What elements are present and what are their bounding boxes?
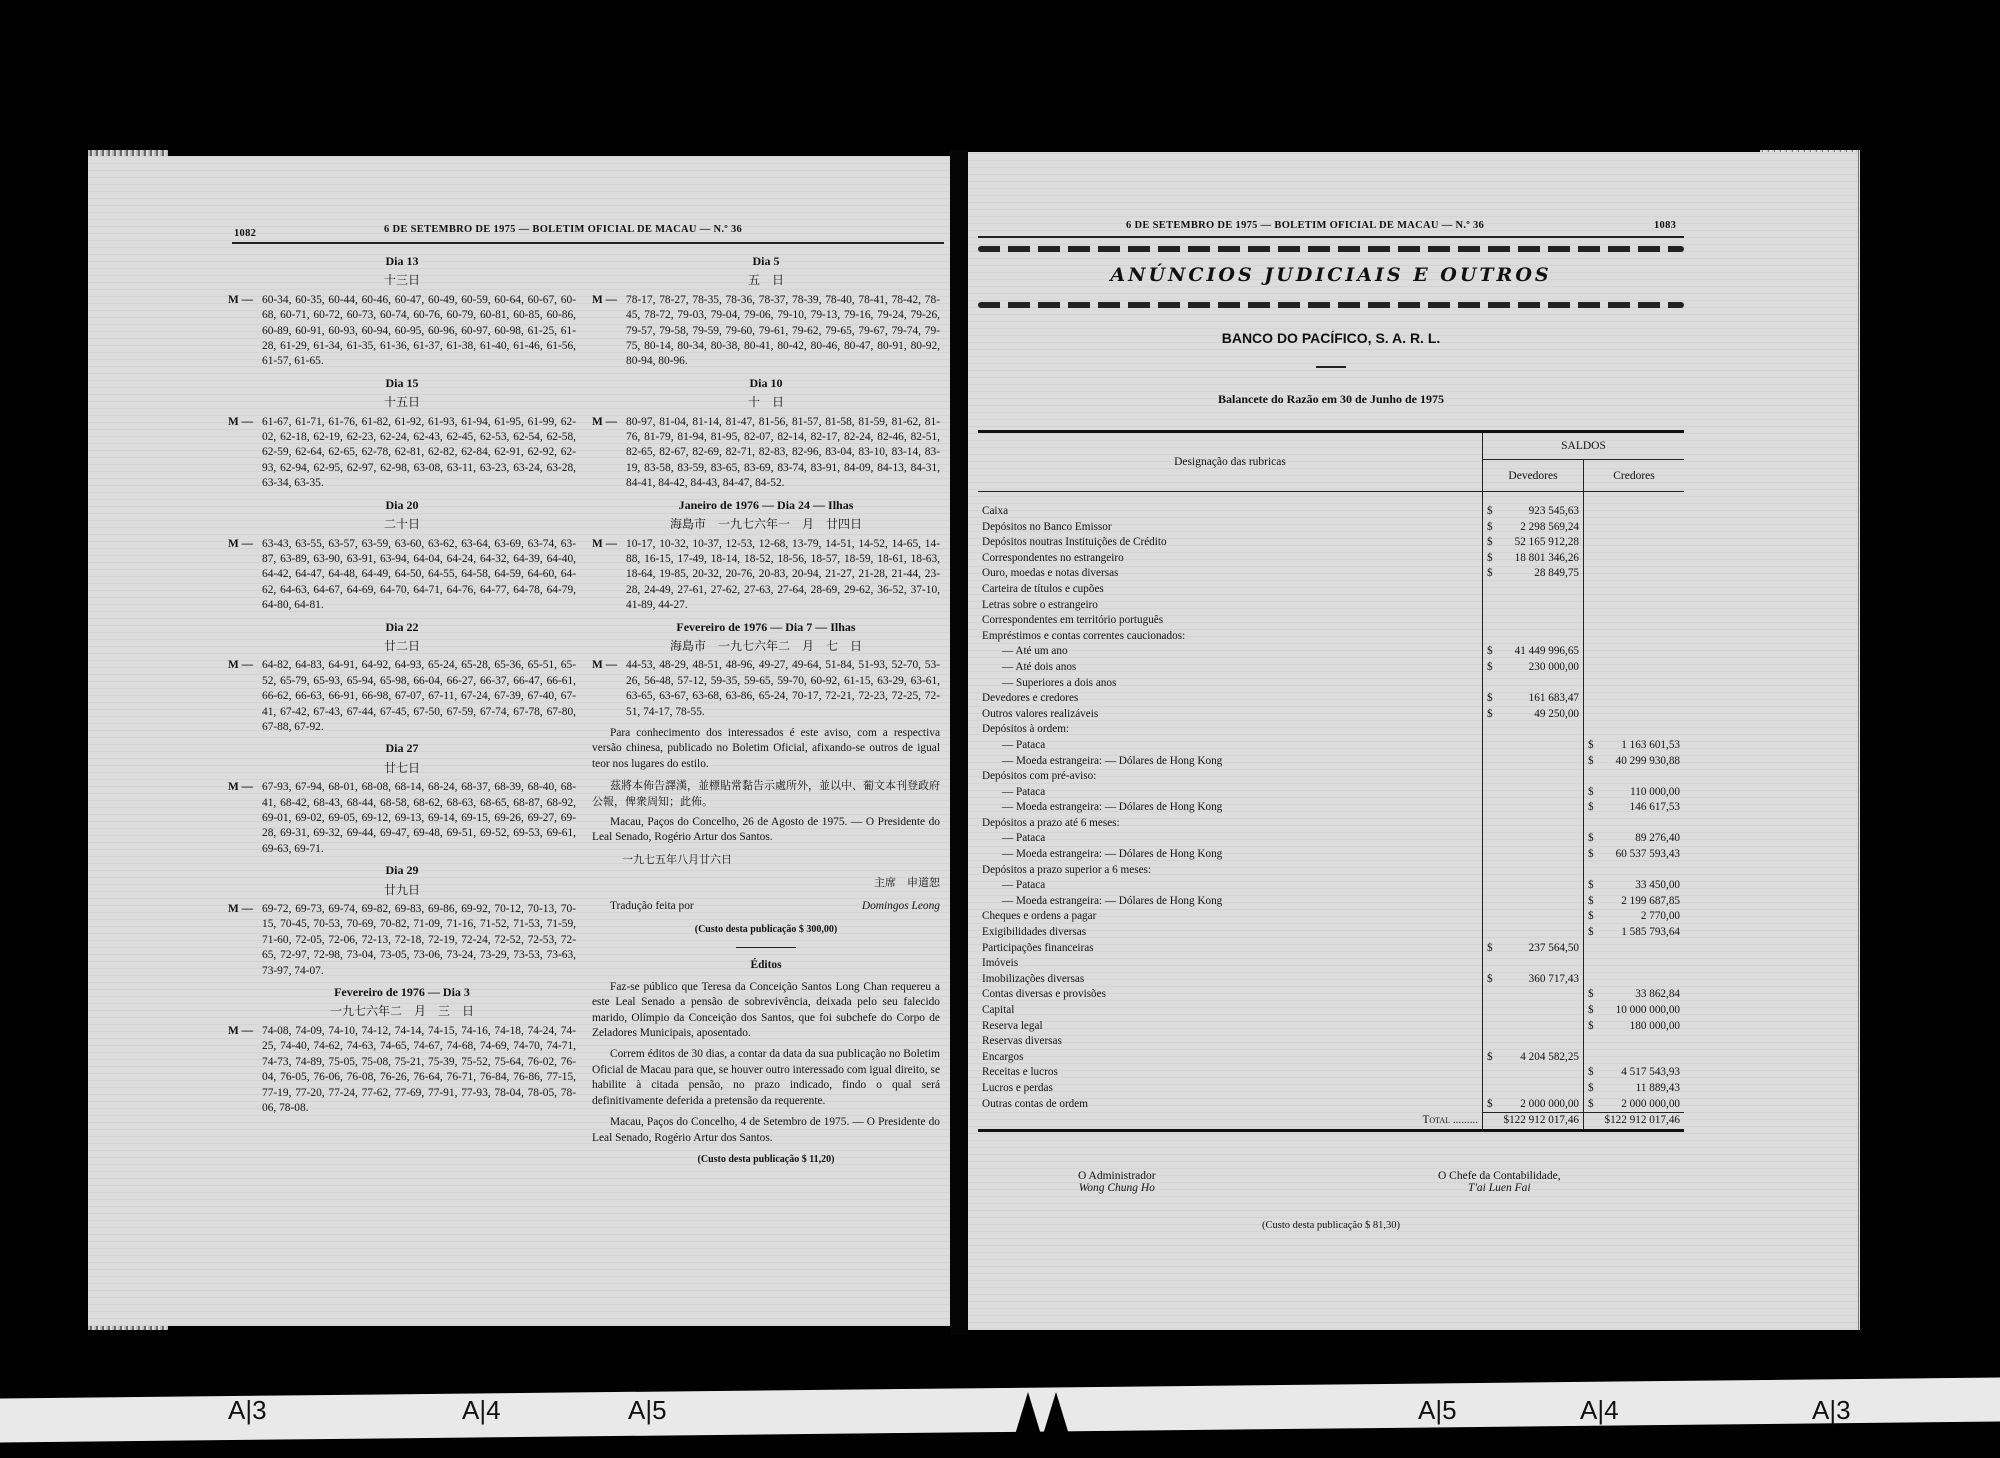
numbers: 78-17, 78-27, 78-35, 78-36, 78-37, 78-39… <box>626 293 940 370</box>
day-heading-chinese: 五 日 <box>592 273 940 288</box>
cost-2: (Custo desta publicação $ 11,20) <box>592 1152 940 1167</box>
row-label: — Até dois anos <box>978 660 1483 676</box>
row-label: — Pataca <box>978 831 1483 847</box>
header-rule <box>232 242 944 244</box>
row-label: Reserva legal <box>978 1019 1483 1035</box>
devedores-cell <box>1483 956 1584 972</box>
day-heading: Janeiro de 1976 — Dia 24 — Ilhas <box>592 498 940 513</box>
credores-cell <box>1584 644 1685 660</box>
table-row: Participações financeiras$237 564,50 <box>978 941 1684 957</box>
row-label: Ouro, moedas e notas diversas <box>978 566 1483 582</box>
currency-symbol: $ <box>1588 878 1594 894</box>
devedores-cell: $41 449 996,65 <box>1483 644 1584 660</box>
table-row: Ouro, moedas e notas diversas$28 849,75 <box>978 566 1684 582</box>
table-row: Depósitos a prazo até 6 meses: <box>978 816 1684 832</box>
row-label: Depósitos no Banco Emissor <box>978 520 1483 536</box>
row-label: — Superiores a dois anos <box>978 676 1483 692</box>
currency-symbol: $ <box>1588 894 1594 910</box>
amount: 40 299 930,88 <box>1616 754 1680 770</box>
credores-cell: $89 276,40 <box>1584 831 1685 847</box>
numbers: 74-08, 74-09, 74-10, 74-12, 74-14, 74-15… <box>262 1024 576 1116</box>
translation-label: Tradução feita por <box>592 899 694 914</box>
currency-symbol: $ <box>1588 785 1594 801</box>
credores-cell <box>1584 863 1685 879</box>
day-heading-chinese: 十 日 <box>592 395 940 410</box>
currency-symbol: $ <box>1588 925 1594 941</box>
currency-symbol: $ <box>1588 1003 1594 1019</box>
amount: 41 449 996,65 <box>1515 644 1579 660</box>
credores-cell: $60 537 593,43 <box>1584 847 1685 863</box>
col-devedores: Devedores <box>1483 460 1584 492</box>
devedores-cell <box>1483 847 1584 863</box>
numbers: 10-17, 10-32, 10-37, 12-53, 12-68, 13-79… <box>626 537 940 614</box>
page-number: 1083 <box>1654 220 1676 231</box>
number-list: M —10-17, 10-32, 10-37, 12-53, 12-68, 13… <box>592 537 940 614</box>
amount: 33 450,00 <box>1635 878 1680 894</box>
film-frame-mark: A|3 <box>228 1395 267 1426</box>
numbers: 69-72, 69-73, 69-74, 69-82, 69-83, 69-86… <box>262 902 576 979</box>
table-row: — Até dois anos$230 000,00 <box>978 660 1684 676</box>
row-label: Capital <box>978 1003 1483 1019</box>
row-label: Encargos <box>978 1050 1483 1066</box>
amount: 60 537 593,43 <box>1616 847 1680 863</box>
table-row: — Moeda estrangeira: — Dólares de Hong K… <box>978 847 1684 863</box>
lottery-day-block: Dia 27廿七日M —67-93, 67-94, 68-01, 68-08, … <box>228 741 576 857</box>
currency-symbol: $ <box>1487 566 1493 582</box>
divider <box>736 947 796 948</box>
devedores-cell <box>1483 878 1584 894</box>
credores-cell <box>1584 691 1685 707</box>
amount: 52 165 912,28 <box>1515 535 1579 551</box>
currency-symbol: $ <box>1487 535 1493 551</box>
amount: 230 000,00 <box>1529 660 1579 676</box>
lottery-day-block: Fevereiro de 1976 — Dia 7 — Ilhas海島市 一九七… <box>592 620 940 720</box>
right-page: 6 DE SETEMBRO DE 1975 — BOLETIM OFICIAL … <box>968 152 1858 1330</box>
table-row: Carteira de títulos e cupões <box>978 582 1684 598</box>
credores-cell: $1 163 601,53 <box>1584 738 1685 754</box>
amount: 2 770,00 <box>1641 909 1680 925</box>
table-row: Lucros e perdas$11 889,43 <box>978 1081 1684 1097</box>
right-column: Dia 5五 日M —78-17, 78-27, 78-35, 78-36, 7… <box>592 248 940 1167</box>
row-label: Participações financeiras <box>978 941 1483 957</box>
lottery-day-block: Dia 10十 日M —80-97, 81-04, 81-14, 81-47, … <box>592 376 940 492</box>
credores-cell <box>1584 504 1685 520</box>
total-devedores: $122 912 017,46 <box>1483 1113 1584 1131</box>
amount: 1 585 793,64 <box>1621 925 1680 941</box>
list-prefix: M — <box>228 415 262 492</box>
date-chinese: 一九七五年八月廿六日 <box>592 852 940 867</box>
devedores-cell: $4 204 582,25 <box>1483 1050 1584 1066</box>
credores-cell: $2 199 687,85 <box>1584 894 1685 910</box>
credores-cell: $2 770,00 <box>1584 909 1685 925</box>
currency-symbol: $ <box>1487 707 1493 723</box>
notice-portuguese: Para conhecimento dos interessados é est… <box>592 726 940 772</box>
devedores-cell: $2 000 000,00 <box>1483 1097 1584 1113</box>
row-label: Contas diversas e provisões <box>978 987 1483 1003</box>
day-heading-chinese: 十五日 <box>228 395 576 410</box>
lottery-day-block: Fevereiro de 1976 — Dia 3一九七六年二 月 三 日M —… <box>228 985 576 1116</box>
table-row: — Pataca$33 450,00 <box>978 878 1684 894</box>
day-heading: Dia 13 <box>228 254 576 269</box>
signer-name: Wong Chung Ho <box>1079 1182 1155 1194</box>
currency-symbol: $ <box>1487 644 1493 660</box>
numbers: 63-43, 63-55, 63-57, 63-59, 63-60, 63-62… <box>262 537 576 614</box>
list-prefix: M — <box>228 1024 262 1116</box>
credores-cell: $110 000,00 <box>1584 785 1685 801</box>
devedores-cell: $923 545,63 <box>1483 504 1584 520</box>
day-heading: Fevereiro de 1976 — Dia 3 <box>228 985 576 1000</box>
credores-cell <box>1584 956 1685 972</box>
book-gutter <box>950 150 968 1335</box>
table-row: Imóveis <box>978 956 1684 972</box>
day-heading: Dia 27 <box>228 741 576 756</box>
editos-paragraph-1: Faz-se público que Teresa da Conceição S… <box>592 980 940 1042</box>
section-title: ANÚNCIOS JUDICIAIS E OUTROS <box>968 264 1694 286</box>
currency-symbol: $ <box>1588 1081 1594 1097</box>
currency-symbol: $ <box>1487 941 1493 957</box>
balance-table: Designação das rubricas SALDOS Devedores… <box>978 430 1684 1132</box>
numbers: 44-53, 48-29, 48-51, 48-96, 49-27, 49-64… <box>626 658 940 720</box>
credores-cell <box>1584 972 1685 988</box>
total-label: Total ......... <box>978 1113 1483 1131</box>
day-heading-chinese: 一九七六年二 月 三 日 <box>228 1004 576 1019</box>
table-row: Contas diversas e provisões$33 862,84 <box>978 987 1684 1003</box>
devedores-cell <box>1483 1065 1584 1081</box>
row-label: Depósitos à ordem: <box>978 722 1483 738</box>
currency-symbol: $ <box>1588 909 1594 925</box>
devedores-cell <box>1483 598 1584 614</box>
devedores-cell: $230 000,00 <box>1483 660 1584 676</box>
currency-symbol: $ <box>1588 987 1594 1003</box>
devedores-cell: $49 250,00 <box>1483 707 1584 723</box>
currency-symbol: $ <box>1588 831 1594 847</box>
balance-subtitle: Balancete do Razão em 30 de Junho de 197… <box>968 392 1694 407</box>
amount: 2 000 000,00 <box>1621 1097 1680 1113</box>
devedores-cell: $2 298 569,24 <box>1483 520 1584 536</box>
film-strip <box>0 1378 2000 1443</box>
row-label: Correspondentes em território português <box>978 613 1483 629</box>
currency-symbol: $ <box>1487 1050 1493 1066</box>
currency-symbol: $ <box>1588 754 1594 770</box>
table-row: Letras sobre o estrangeiro <box>978 598 1684 614</box>
amount: 33 862,84 <box>1635 987 1680 1003</box>
table-row: — Moeda estrangeira: — Dólares de Hong K… <box>978 894 1684 910</box>
credores-cell <box>1584 629 1685 645</box>
film-frame-mark: A|3 <box>1812 1395 1851 1426</box>
devedores-cell <box>1483 754 1584 770</box>
ornamental-rule-top <box>978 246 1684 252</box>
devedores-cell <box>1483 676 1584 692</box>
credores-cell <box>1584 613 1685 629</box>
credores-cell: $180 000,00 <box>1584 1019 1685 1035</box>
header-rule <box>978 236 1684 238</box>
left-page: 1082 6 DE SETEMBRO DE 1975 — BOLETIM OFI… <box>88 156 958 1326</box>
row-label: Devedores e credores <box>978 691 1483 707</box>
amount: 10 000 000,00 <box>1616 1003 1680 1019</box>
day-heading-chinese: 廿二日 <box>228 639 576 654</box>
devedores-cell: $237 564,50 <box>1483 941 1584 957</box>
credores-cell <box>1584 551 1685 567</box>
amount: 146 617,53 <box>1630 800 1680 816</box>
numbers: 80-97, 81-04, 81-14, 81-47, 81-56, 81-57… <box>626 415 940 492</box>
devedores-cell: $52 165 912,28 <box>1483 535 1584 551</box>
day-heading: Dia 22 <box>228 620 576 635</box>
table-row: Depósitos no Banco Emissor$2 298 569,24 <box>978 520 1684 536</box>
amount: 49 250,00 <box>1534 707 1579 723</box>
credores-cell: $33 450,00 <box>1584 878 1685 894</box>
devedores-cell <box>1483 863 1584 879</box>
table-row: Depósitos noutras Instituições de Crédit… <box>978 535 1684 551</box>
amount: 110 000,00 <box>1630 785 1680 801</box>
number-list: M —60-34, 60-35, 60-44, 60-46, 60-47, 60… <box>228 293 576 370</box>
row-label: Correspondentes no estrangeiro <box>978 551 1483 567</box>
table-row: Correspondentes em território português <box>978 613 1684 629</box>
left-column: Dia 13十三日M —60-34, 60-35, 60-44, 60-46, … <box>228 248 576 1116</box>
table-row: Receitas e lucros$4 517 543,93 <box>978 1065 1684 1081</box>
table-row: Capital$10 000 000,00 <box>978 1003 1684 1019</box>
devedores-cell: $28 849,75 <box>1483 566 1584 582</box>
amount: 2 199 687,85 <box>1621 894 1680 910</box>
row-label: Lucros e perdas <box>978 1081 1483 1097</box>
list-prefix: M — <box>592 658 626 720</box>
signer-title: O Chefe da Contabilidade, <box>1438 1170 1561 1182</box>
col-credores: Credores <box>1584 460 1685 492</box>
day-heading: Dia 29 <box>228 863 576 878</box>
credores-cell <box>1584 707 1685 723</box>
row-label: Cheques e ordens a pagar <box>978 909 1483 925</box>
bank-name: BANCO DO PACÍFICO, S. A. R. L. <box>968 330 1694 346</box>
list-prefix: M — <box>592 537 626 614</box>
table-row: — Pataca$1 163 601,53 <box>978 738 1684 754</box>
list-prefix: M — <box>228 537 262 614</box>
credores-cell <box>1584 941 1685 957</box>
lottery-day-block: Dia 13十三日M —60-34, 60-35, 60-44, 60-46, … <box>228 254 576 370</box>
credores-cell <box>1584 566 1685 582</box>
table-row: — Moeda estrangeira: — Dólares de Hong K… <box>978 754 1684 770</box>
devedores-cell <box>1483 925 1584 941</box>
numbers: 67-93, 67-94, 68-01, 68-08, 68-14, 68-24… <box>262 780 576 857</box>
table-row: Reservas diversas <box>978 1034 1684 1050</box>
list-prefix: M — <box>592 415 626 492</box>
devedores-cell <box>1483 1034 1584 1050</box>
credores-cell: $4 517 543,93 <box>1584 1065 1685 1081</box>
number-list: M —64-82, 64-83, 64-91, 64-92, 64-93, 65… <box>228 658 576 735</box>
currency-symbol: $ <box>1588 738 1594 754</box>
number-list: M —67-93, 67-94, 68-01, 68-08, 68-14, 68… <box>228 780 576 857</box>
divider <box>1316 366 1346 368</box>
day-heading: Dia 5 <box>592 254 940 269</box>
amount: 28 849,75 <box>1534 566 1579 582</box>
row-label: Receitas e lucros <box>978 1065 1483 1081</box>
row-label: Letras sobre o estrangeiro <box>978 598 1483 614</box>
film-frame-mark: A|4 <box>1580 1395 1619 1426</box>
devedores-cell <box>1483 831 1584 847</box>
notice-chinese: 茲將本佈告譯漢，並標貼常黏告示處所外，並以中、葡文本刊登政府公報，俾衆周知；此佈… <box>592 778 940 809</box>
translator-name: Domingos Leong <box>862 899 940 914</box>
row-label: Depósitos a prazo superior a 6 meses: <box>978 863 1483 879</box>
lottery-day-block: Dia 20二十日M —63-43, 63-55, 63-57, 63-59, … <box>228 498 576 614</box>
devedores-cell <box>1483 613 1584 629</box>
table-row: — Superiores a dois anos <box>978 676 1684 692</box>
devedores-cell <box>1483 800 1584 816</box>
day-heading-chinese: 廿七日 <box>228 761 576 776</box>
devedores-cell <box>1483 738 1584 754</box>
row-label: Depósitos a prazo até 6 meses: <box>978 816 1483 832</box>
currency-symbol: $ <box>1487 691 1493 707</box>
currency-symbol: $ <box>1487 551 1493 567</box>
film-notch-right <box>1042 1392 1070 1438</box>
currency-symbol: $ <box>1588 847 1594 863</box>
credores-cell <box>1584 520 1685 536</box>
number-list: M —78-17, 78-27, 78-35, 78-36, 78-37, 78… <box>592 293 940 370</box>
film-frame-mark: A|4 <box>462 1395 501 1426</box>
row-label: Imobilizações diversas <box>978 972 1483 988</box>
amount: 161 683,47 <box>1529 691 1579 707</box>
row-label: Exigibilidades diversas <box>978 925 1483 941</box>
day-heading-chinese: 十三日 <box>228 273 576 288</box>
film-frame-mark: A|5 <box>1418 1395 1457 1426</box>
credores-cell: $10 000 000,00 <box>1584 1003 1685 1019</box>
credores-cell <box>1584 1034 1685 1050</box>
table-row: Empréstimos e contas correntes caucionad… <box>978 629 1684 645</box>
running-header: 6 DE SETEMBRO DE 1975 — BOLETIM OFICIAL … <box>1126 220 1484 231</box>
table-row: Outras contas de ordem$2 000 000,00$2 00… <box>978 1097 1684 1113</box>
row-label: Carteira de títulos e cupões <box>978 582 1483 598</box>
lottery-day-block: Dia 5五 日M —78-17, 78-27, 78-35, 78-36, 7… <box>592 254 940 370</box>
col-saldos: SALDOS <box>1483 432 1685 460</box>
amount: 237 564,50 <box>1529 941 1579 957</box>
number-list: M —44-53, 48-29, 48-51, 48-96, 49-27, 49… <box>592 658 940 720</box>
row-label: — Moeda estrangeira: — Dólares de Hong K… <box>978 800 1483 816</box>
table-row: Correspondentes no estrangeiro$18 801 34… <box>978 551 1684 567</box>
currency-symbol: $ <box>1487 660 1493 676</box>
devedores-cell <box>1483 894 1584 910</box>
table-row: Depósitos à ordem: <box>978 722 1684 738</box>
amount: 2 000 000,00 <box>1520 1097 1579 1113</box>
currency-symbol: $ <box>1487 1097 1493 1113</box>
row-label: Outros valores realizáveis <box>978 707 1483 723</box>
amount: 11 889,43 <box>1636 1081 1680 1097</box>
devedores-cell <box>1483 769 1584 785</box>
row-label: Empréstimos e contas correntes caucionad… <box>978 629 1483 645</box>
devedores-cell <box>1483 629 1584 645</box>
signoff-2: Macau, Paços do Concelho, 4 de Setembro … <box>592 1115 940 1146</box>
table-row: Outros valores realizáveis$49 250,00 <box>978 707 1684 723</box>
row-label: — Moeda estrangeira: — Dólares de Hong K… <box>978 754 1483 770</box>
day-heading-chinese: 廿九日 <box>228 883 576 898</box>
devedores-cell <box>1483 582 1584 598</box>
day-heading: Dia 10 <box>592 376 940 391</box>
devedores-cell <box>1483 909 1584 925</box>
numbers: 61-67, 61-71, 61-76, 61-82, 61-92, 61-93… <box>262 415 576 492</box>
number-list: M —80-97, 81-04, 81-14, 81-47, 81-56, 81… <box>592 415 940 492</box>
list-prefix: M — <box>228 658 262 735</box>
row-label: — Moeda estrangeira: — Dólares de Hong K… <box>978 847 1483 863</box>
amount: 4 204 582,25 <box>1520 1050 1579 1066</box>
credores-cell <box>1584 582 1685 598</box>
lottery-day-block: Dia 22廿二日M —64-82, 64-83, 64-91, 64-92, … <box>228 620 576 736</box>
lottery-day-block: Dia 29廿九日M —69-72, 69-73, 69-74, 69-82, … <box>228 863 576 979</box>
credores-cell <box>1584 660 1685 676</box>
day-heading: Dia 20 <box>228 498 576 513</box>
credores-cell <box>1584 722 1685 738</box>
number-list: M —61-67, 61-71, 61-76, 61-82, 61-92, 61… <box>228 415 576 492</box>
devedores-cell <box>1483 1081 1584 1097</box>
credores-cell <box>1584 598 1685 614</box>
signer-title: O Administrador <box>1078 1170 1156 1182</box>
currency-symbol: $ <box>1588 1019 1594 1035</box>
lottery-day-block: Janeiro de 1976 — Dia 24 — Ilhas海島市 一九七六… <box>592 498 940 614</box>
page-number: 1082 <box>234 228 256 239</box>
devedores-cell: $18 801 346,26 <box>1483 551 1584 567</box>
credores-cell <box>1584 1050 1685 1066</box>
row-label: Depósitos noutras Instituições de Crédit… <box>978 535 1483 551</box>
publication-cost: (Custo desta publicação $ 81,30) <box>968 1220 1694 1231</box>
table-row: — Pataca$110 000,00 <box>978 785 1684 801</box>
signature-accountant: O Chefe da Contabilidade, T'ai Luen Fai <box>1438 1170 1561 1194</box>
editos-paragraph-2: Correm éditos de 30 dias, a contar da da… <box>592 1047 940 1109</box>
amount: 360 717,43 <box>1529 972 1579 988</box>
row-label: Depósitos com pré-aviso: <box>978 769 1483 785</box>
editos-title: Éditos <box>592 958 940 973</box>
list-prefix: M — <box>228 293 262 370</box>
table-row: — Pataca$89 276,40 <box>978 831 1684 847</box>
amount: 4 517 543,93 <box>1621 1065 1680 1081</box>
signer-chinese: 主席 申道恕 <box>592 875 940 890</box>
row-label: Imóveis <box>978 956 1483 972</box>
devedores-cell: $161 683,47 <box>1483 691 1584 707</box>
table-row: Encargos$4 204 582,25 <box>978 1050 1684 1066</box>
running-header: 6 DE SETEMBRO DE 1975 — BOLETIM OFICIAL … <box>384 224 742 235</box>
table-row: Exigibilidades diversas$1 585 793,64 <box>978 925 1684 941</box>
currency-symbol: $ <box>1588 1097 1594 1113</box>
signoff-1: Macau, Paços do Concelho, 26 de Agosto d… <box>592 815 940 846</box>
devedores-cell <box>1483 1003 1584 1019</box>
table-row: Imobilizações diversas$360 717,43 <box>978 972 1684 988</box>
currency-symbol: $ <box>1487 972 1493 988</box>
row-label: Caixa <box>978 504 1483 520</box>
row-label: Outras contas de ordem <box>978 1097 1483 1113</box>
credores-cell: $11 889,43 <box>1584 1081 1685 1097</box>
credores-cell: $1 585 793,64 <box>1584 925 1685 941</box>
ornamental-rule-bottom <box>978 302 1684 308</box>
table-row: — Até um ano$41 449 996,65 <box>978 644 1684 660</box>
currency-symbol: $ <box>1588 800 1594 816</box>
table-row: — Moeda estrangeira: — Dólares de Hong K… <box>978 800 1684 816</box>
day-heading: Dia 15 <box>228 376 576 391</box>
table-row: Depósitos com pré-aviso: <box>978 769 1684 785</box>
row-label: — Até um ano <box>978 644 1483 660</box>
credores-cell <box>1584 676 1685 692</box>
amount: 89 276,40 <box>1635 831 1680 847</box>
credores-cell <box>1584 816 1685 832</box>
cost-1: (Custo desta publicação $ 300,00) <box>592 922 940 937</box>
amount: 1 163 601,53 <box>1621 738 1680 754</box>
amount: 923 545,63 <box>1529 504 1579 520</box>
row-label: — Moeda estrangeira: — Dólares de Hong K… <box>978 894 1483 910</box>
numbers: 64-82, 64-83, 64-91, 64-92, 64-93, 65-24… <box>262 658 576 735</box>
devedores-cell <box>1483 785 1584 801</box>
table-row: Depósitos a prazo superior a 6 meses: <box>978 863 1684 879</box>
devedores-cell: $360 717,43 <box>1483 972 1584 988</box>
day-heading-chinese: 海島市 一九七六年二 月 七 日 <box>592 639 940 654</box>
credores-cell: $33 862,84 <box>1584 987 1685 1003</box>
credores-cell <box>1584 535 1685 551</box>
devedores-cell <box>1483 722 1584 738</box>
list-prefix: M — <box>228 902 262 979</box>
row-label: — Pataca <box>978 738 1483 754</box>
row-label: — Pataca <box>978 785 1483 801</box>
